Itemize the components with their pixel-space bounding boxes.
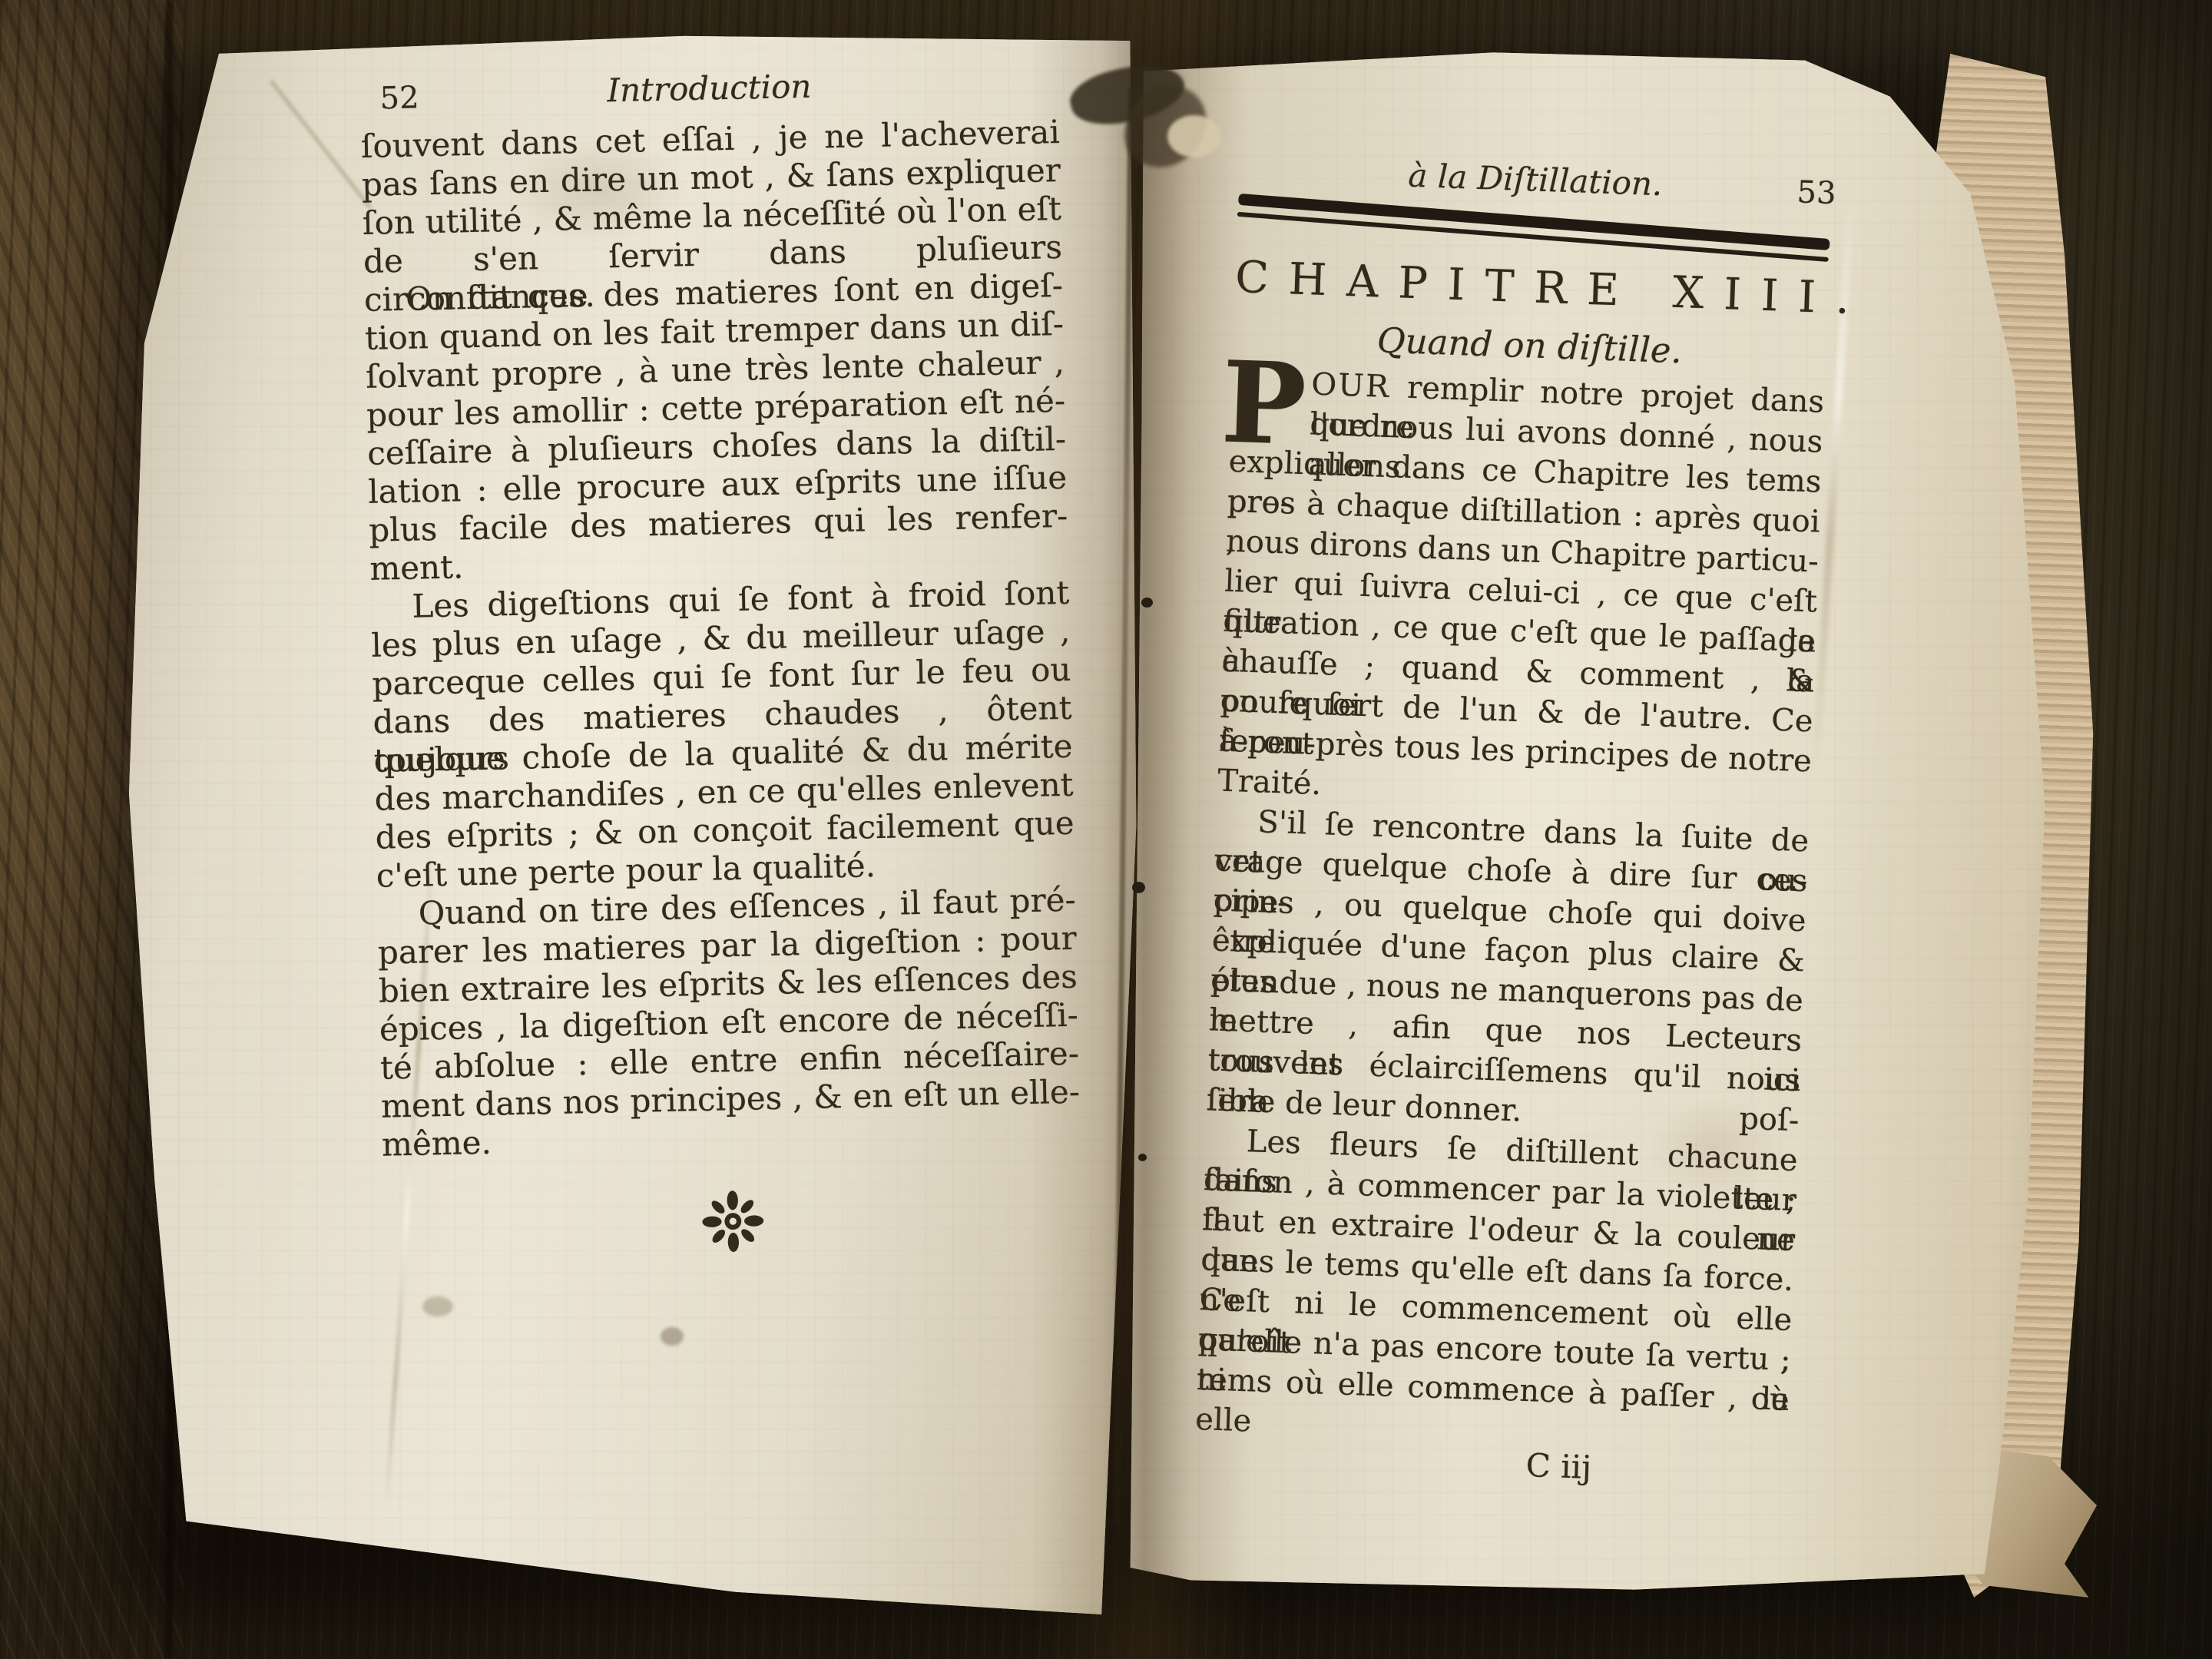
corner-fold-crease — [270, 80, 372, 210]
left-page-body: ſouvent dans cet eſſai , je ne l'achever… — [360, 113, 1081, 1164]
ink-spot — [1141, 598, 1153, 608]
printer-fleuron-icon — [700, 1188, 766, 1254]
ornament-row — [383, 1182, 1084, 1264]
gutter-paper-fragment — [1167, 115, 1221, 157]
page-left: 52 Introduction ſouvent dans cet eſſai ,… — [123, 22, 1144, 1631]
chapter-heading: CHAPITRE XIII. — [1234, 252, 1829, 323]
ink-spot — [1138, 1154, 1147, 1161]
page-right: à la Diſtillation. 53 CHAPITRE XIII. Qua… — [1115, 37, 2060, 1605]
drop-cap-follow: OUR — [1311, 366, 1391, 405]
right-page-text-block: à la Diſtillation. 53 CHAPITRE XIII. Qua… — [1194, 151, 1833, 1493]
page-number-53: 53 — [1796, 174, 1836, 211]
drop-cap: P — [1220, 356, 1307, 452]
signature-mark: C iij — [1194, 1435, 1787, 1493]
page-number-52: 52 — [379, 80, 419, 116]
right-page-body: P OUR remplir notre projet dans l'ordreq… — [1196, 362, 1825, 1420]
running-head-title: Introduction — [359, 62, 1059, 114]
left-page-text-block: 52 Introduction ſouvent dans cet eſſai ,… — [359, 62, 1083, 1264]
running-head-left: 52 Introduction — [359, 62, 1059, 121]
paper-speck — [422, 1296, 453, 1316]
ink-spot — [1132, 882, 1145, 893]
paper-speck — [661, 1327, 684, 1346]
photo-of-open-book: à la Diſtillation. 53 CHAPITRE XIII. Qua… — [0, 0, 2212, 1659]
